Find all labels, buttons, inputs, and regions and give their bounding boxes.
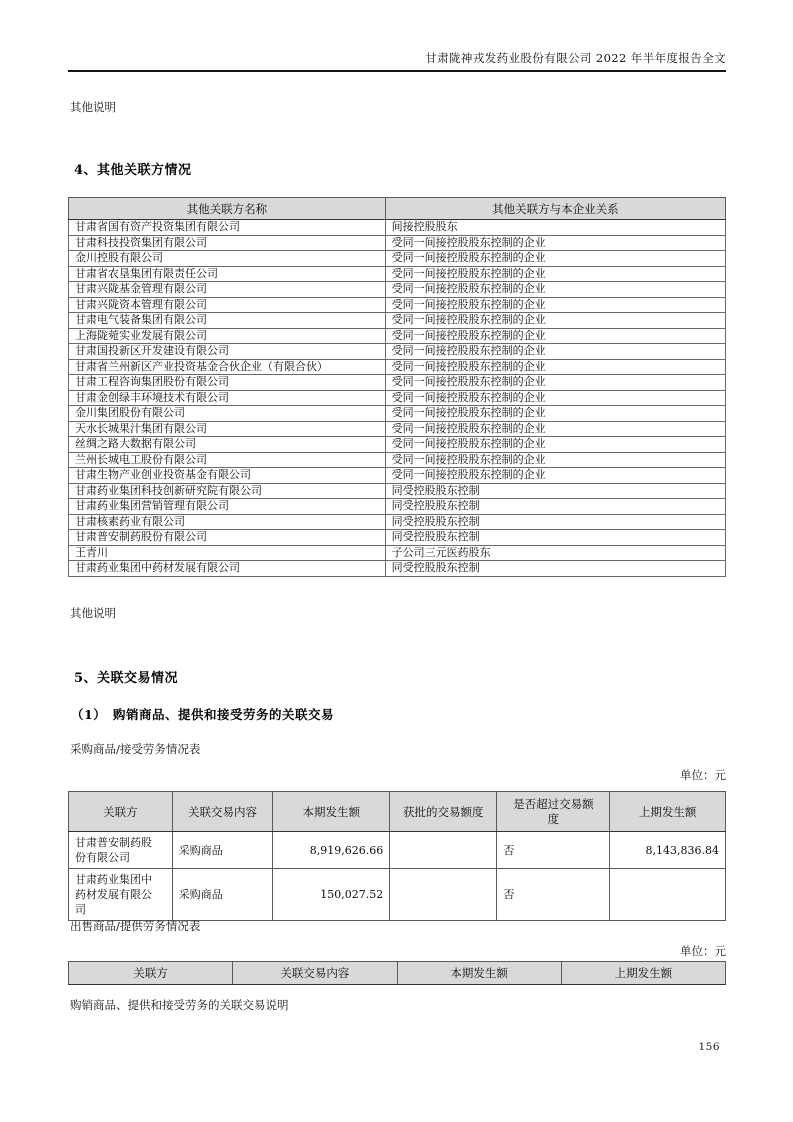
table-cell: 受同一间接控股股东控制的企业 xyxy=(385,406,725,422)
table-cell: 甘肃省农垦集团有限责任公司 xyxy=(69,266,386,282)
table-cell: 甘肃普安制药股份有限公司 xyxy=(69,832,173,869)
purchase-table-caption: 采购商品/接受劳务情况表 xyxy=(70,741,200,757)
table-cell: 受同一间接控股股东控制的企业 xyxy=(385,297,725,313)
table-cell: 甘肃药业集团科技创新研究院有限公司 xyxy=(69,483,386,499)
table-cell: 甘肃国投新区开发建设有限公司 xyxy=(69,344,386,360)
section5-item1-title: （1） 购销商品、提供和接受劳务的关联交易 xyxy=(71,705,334,723)
related-party-table: 其他关联方名称其他关联方与本企业关系 甘肃省国有资产投资集团有限公司间接控股股东… xyxy=(68,197,726,577)
sell-table-header-row: 关联方关联交易内容本期发生额上期发生额 xyxy=(69,962,726,985)
table-cell: 王青川 xyxy=(69,545,386,561)
table-row: 甘肃工程咨询集团股份有限公司受同一间接控股股东控制的企业 xyxy=(69,375,726,391)
table-row: 甘肃药业集团科技创新研究院有限公司同受控股股东控制 xyxy=(69,483,726,499)
table-cell: 同受控股股东控制 xyxy=(385,483,725,499)
column-header: 获批的交易额度 xyxy=(390,792,497,832)
table-row: 金川控股有限公司受同一间接控股股东控制的企业 xyxy=(69,251,726,267)
table-row: 甘肃药业集团中药材发展有限公司采购商品150,027.52否 xyxy=(69,869,726,921)
table-cell: 甘肃电气装备集团有限公司 xyxy=(69,313,386,329)
table-cell: 金川集团股份有限公司 xyxy=(69,406,386,422)
table-cell: 8,919,626.66 xyxy=(273,832,390,869)
table-cell: 甘肃生物产业创业投资基金有限公司 xyxy=(69,468,386,484)
column-header: 上期发生额 xyxy=(561,962,725,985)
table-cell: 采购商品 xyxy=(172,832,273,869)
table-cell xyxy=(390,832,497,869)
table-cell: 受同一间接控股股东控制的企业 xyxy=(385,390,725,406)
table-cell: 甘肃省兰州新区产业投资基金合伙企业（有限合伙） xyxy=(69,359,386,375)
table-row: 王青川子公司三元医药股东 xyxy=(69,545,726,561)
purchase-table-body: 甘肃普安制药股份有限公司采购商品8,919,626.66否8,143,836.8… xyxy=(69,832,726,921)
table-row: 甘肃药业集团营销管理有限公司同受控股股东控制 xyxy=(69,499,726,515)
table-cell: 同受控股股东控制 xyxy=(385,561,725,577)
column-header: 关联交易内容 xyxy=(233,962,397,985)
table-row: 甘肃普安制药股份有限公司同受控股股东控制 xyxy=(69,530,726,546)
table-cell: 上海陇菀实业发展有限公司 xyxy=(69,328,386,344)
table-cell: 采购商品 xyxy=(172,869,273,921)
column-header: 关联方 xyxy=(69,962,233,985)
related-party-table-body: 甘肃省国有资产投资集团有限公司间接控股股东甘肃科技投资集团有限公司受同一间接控股… xyxy=(69,220,726,577)
table-cell: 甘肃核素药业有限公司 xyxy=(69,514,386,530)
table-cell: 天水长城果汁集团有限公司 xyxy=(69,421,386,437)
purchase-table-header-row: 关联方关联交易内容本期发生额获批的交易额度是否超过交易额度上期发生额 xyxy=(69,792,726,832)
table-cell: 受同一间接控股股东控制的企业 xyxy=(385,344,725,360)
table-cell: 受同一间接控股股东控制的企业 xyxy=(385,266,725,282)
table-cell: 150,027.52 xyxy=(273,869,390,921)
column-header: 上期发生额 xyxy=(610,792,726,832)
report-page: 甘肃陇神戎发药业股份有限公司 2022 年半年度报告全文 其他说明 4、其他关联… xyxy=(0,0,793,1122)
table-row: 甘肃兴陇基金管理有限公司受同一间接控股股东控制的企业 xyxy=(69,282,726,298)
table-cell: 甘肃兴陇基金管理有限公司 xyxy=(69,282,386,298)
related-party-table-header-row: 其他关联方名称其他关联方与本企业关系 xyxy=(69,198,726,220)
table-cell: 受同一间接控股股东控制的企业 xyxy=(385,375,725,391)
table-cell: 甘肃科技投资集团有限公司 xyxy=(69,235,386,251)
table-cell: 受同一间接控股股东控制的企业 xyxy=(385,251,725,267)
page-header-title: 甘肃陇神戎发药业股份有限公司 2022 年半年度报告全文 xyxy=(68,50,726,66)
column-header: 关联交易内容 xyxy=(172,792,273,832)
table-row: 甘肃省兰州新区产业投资基金合伙企业（有限合伙）受同一间接控股股东控制的企业 xyxy=(69,359,726,375)
table-cell: 否 xyxy=(497,869,610,921)
table-row: 天水长城果汁集团有限公司受同一间接控股股东控制的企业 xyxy=(69,421,726,437)
other-notes-top: 其他说明 xyxy=(70,99,116,115)
table-cell: 受同一间接控股股东控制的企业 xyxy=(385,282,725,298)
table-cell: 受同一间接控股股东控制的企业 xyxy=(385,468,725,484)
table-row: 甘肃省国有资产投资集团有限公司间接控股股东 xyxy=(69,220,726,236)
table-cell: 同受控股股东控制 xyxy=(385,499,725,515)
table-row: 甘肃生物产业创业投资基金有限公司受同一间接控股股东控制的企业 xyxy=(69,468,726,484)
table-row: 甘肃金创绿丰环境技术有限公司受同一间接控股股东控制的企业 xyxy=(69,390,726,406)
page-number: 156 xyxy=(68,1041,726,1053)
table-cell: 甘肃药业集团中药材发展有限公司 xyxy=(69,561,386,577)
table-cell: 同受控股股东控制 xyxy=(385,530,725,546)
table-row: 甘肃科技投资集团有限公司受同一间接控股股东控制的企业 xyxy=(69,235,726,251)
column-header: 关联方 xyxy=(69,792,173,832)
table-row: 甘肃国投新区开发建设有限公司受同一间接控股股东控制的企业 xyxy=(69,344,726,360)
column-header: 其他关联方名称 xyxy=(69,198,386,220)
sell-table-wrapper: 关联方关联交易内容本期发生额上期发生额 xyxy=(68,961,726,985)
table-cell xyxy=(610,869,726,921)
header-rule xyxy=(68,70,726,72)
table-cell: 丝绸之路大数据有限公司 xyxy=(69,437,386,453)
table-row: 甘肃省农垦集团有限责任公司受同一间接控股股东控制的企业 xyxy=(69,266,726,282)
table-row: 兰州长城电工股份有限公司受同一间接控股股东控制的企业 xyxy=(69,452,726,468)
table-cell: 受同一间接控股股东控制的企业 xyxy=(385,235,725,251)
table-row: 金川集团股份有限公司受同一间接控股股东控制的企业 xyxy=(69,406,726,422)
column-header: 其他关联方与本企业关系 xyxy=(385,198,725,220)
table-cell: 否 xyxy=(497,832,610,869)
table-cell: 甘肃药业集团中药材发展有限公司 xyxy=(69,869,173,921)
table-row: 甘肃电气装备集团有限公司受同一间接控股股东控制的企业 xyxy=(69,313,726,329)
purchase-table-wrapper: 关联方关联交易内容本期发生额获批的交易额度是否超过交易额度上期发生额 甘肃普安制… xyxy=(68,791,726,921)
table-row: 甘肃核素药业有限公司同受控股股东控制 xyxy=(69,514,726,530)
sell-table-caption: 出售商品/提供劳务情况表 xyxy=(70,918,200,934)
table-cell xyxy=(390,869,497,921)
table-cell: 受同一间接控股股东控制的企业 xyxy=(385,359,725,375)
table-cell: 同受控股股东控制 xyxy=(385,514,725,530)
table-cell: 子公司三元医药股东 xyxy=(385,545,725,561)
table-cell: 受同一间接控股股东控制的企业 xyxy=(385,313,725,329)
table-row: 上海陇菀实业发展有限公司受同一间接控股股东控制的企业 xyxy=(69,328,726,344)
unit-label-sell: 单位：元 xyxy=(68,943,726,959)
table-cell: 8,143,836.84 xyxy=(610,832,726,869)
purchase-sale-note: 购销商品、提供和接受劳务的关联交易说明 xyxy=(70,997,289,1013)
other-notes-after-table: 其他说明 xyxy=(70,605,116,621)
table-row: 甘肃兴陇资本管理有限公司受同一间接控股股东控制的企业 xyxy=(69,297,726,313)
table-cell: 甘肃兴陇资本管理有限公司 xyxy=(69,297,386,313)
unit-label-purchase: 单位：元 xyxy=(68,767,726,783)
column-header: 本期发生额 xyxy=(397,962,561,985)
sell-table: 关联方关联交易内容本期发生额上期发生额 xyxy=(68,961,726,985)
table-row: 甘肃普安制药股份有限公司采购商品8,919,626.66否8,143,836.8… xyxy=(69,832,726,869)
table-cell: 兰州长城电工股份有限公司 xyxy=(69,452,386,468)
section5-title: 5、关联交易情况 xyxy=(74,667,178,686)
table-cell: 间接控股股东 xyxy=(385,220,725,236)
table-cell: 受同一间接控股股东控制的企业 xyxy=(385,421,725,437)
table-cell: 甘肃普安制药股份有限公司 xyxy=(69,530,386,546)
related-party-table-wrapper: 其他关联方名称其他关联方与本企业关系 甘肃省国有资产投资集团有限公司间接控股股东… xyxy=(68,197,726,577)
table-cell: 受同一间接控股股东控制的企业 xyxy=(385,437,725,453)
table-cell: 受同一间接控股股东控制的企业 xyxy=(385,452,725,468)
purchase-table: 关联方关联交易内容本期发生额获批的交易额度是否超过交易额度上期发生额 甘肃普安制… xyxy=(68,791,726,921)
section4-title: 4、其他关联方情况 xyxy=(74,159,192,178)
table-row: 甘肃药业集团中药材发展有限公司同受控股股东控制 xyxy=(69,561,726,577)
table-cell: 受同一间接控股股东控制的企业 xyxy=(385,328,725,344)
column-header: 是否超过交易额度 xyxy=(497,792,610,832)
table-cell: 甘肃金创绿丰环境技术有限公司 xyxy=(69,390,386,406)
table-cell: 甘肃工程咨询集团股份有限公司 xyxy=(69,375,386,391)
column-header: 本期发生额 xyxy=(273,792,390,832)
table-row: 丝绸之路大数据有限公司受同一间接控股股东控制的企业 xyxy=(69,437,726,453)
table-cell: 金川控股有限公司 xyxy=(69,251,386,267)
table-cell: 甘肃省国有资产投资集团有限公司 xyxy=(69,220,386,236)
table-cell: 甘肃药业集团营销管理有限公司 xyxy=(69,499,386,515)
